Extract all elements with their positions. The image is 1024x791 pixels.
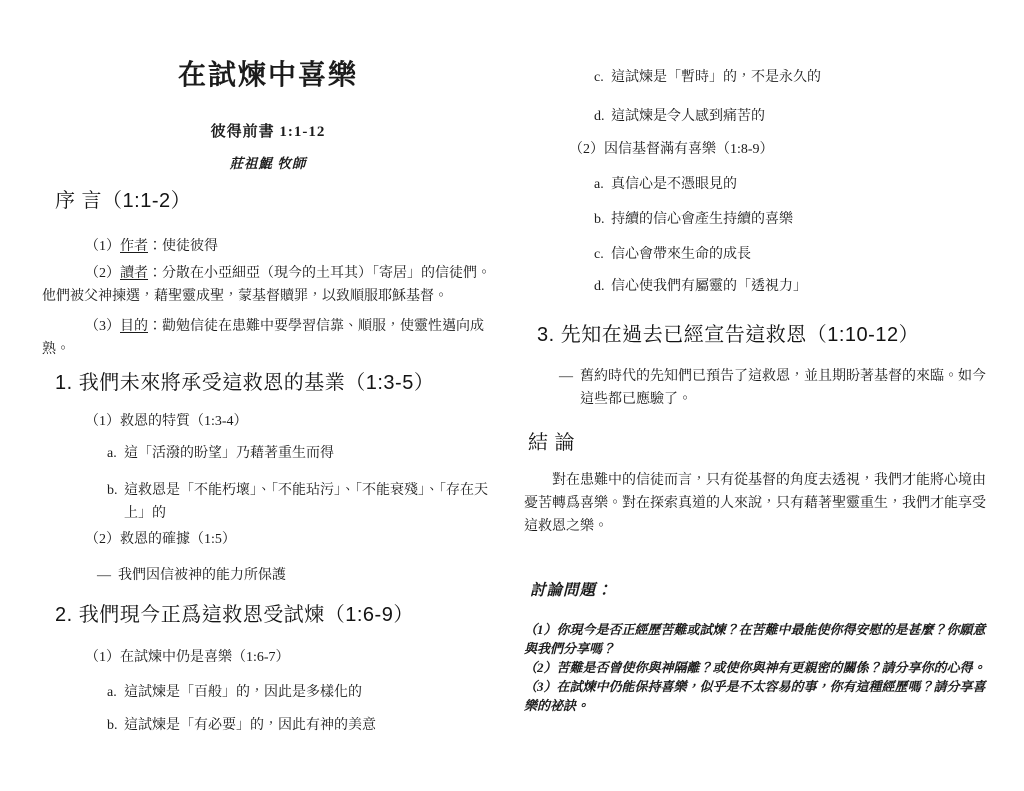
- item-marker: d.: [594, 275, 611, 298]
- outline-item: d. 這試煉是令人感到痛苦的: [594, 105, 988, 128]
- item-marker: c.: [594, 243, 611, 266]
- item-text: 信心使我們有屬靈的「透視力」: [611, 275, 807, 298]
- note-text: 舊約時代的先知們已預告了這救恩，並且期盼著基督的來臨。如今這些都已應驗了。: [580, 365, 988, 411]
- conclusion-body: 對在患難中的信徒而言，只有從基督的角度去透視，我們才能將心境由憂苦轉爲喜樂。對在…: [524, 469, 988, 538]
- dash-note: — 舊約時代的先知們已預告了這救恩，並且期盼著基督的來臨。如今這些都已應驗了。: [559, 365, 988, 411]
- item-marker: a.: [594, 173, 611, 196]
- intro-heading: 序 言（1:1-2）: [42, 188, 494, 214]
- item-text: 真信心是不憑眼見的: [611, 173, 737, 196]
- item-marker: b.: [107, 479, 124, 525]
- sermon-outline-page: 在試煉中喜樂 彼得前書 1:1-12 莊祖鯤 牧師 序 言（1:1-2） （1）…: [0, 0, 1024, 791]
- item-marker: d.: [594, 105, 611, 128]
- note-text: 我們因信被神的能力所保護: [118, 564, 286, 587]
- item-text: 信心會帶來生命的成長: [611, 243, 751, 266]
- intro-item-purpose: （3）目的：勸勉信徒在患難中要學習信靠、順服，使靈性邁向成熟。: [42, 315, 494, 361]
- item-text: 這「活潑的盼望」乃藉著重生而得: [124, 442, 334, 465]
- conclusion-heading: 結 論: [524, 430, 988, 456]
- item-label-underlined: 讀者: [120, 266, 148, 281]
- intro-item-readers: （2）讀者：分散在小亞細亞（現今的土耳其）「寄居」的信徒們。他們被父神揀選，藉聖…: [42, 262, 494, 308]
- item-label-underlined: 目的: [120, 319, 148, 334]
- item-text: 這救恩是「不能朽壞」、「不能玷污」、「不能衰殘」、「存在天上」的: [124, 479, 494, 525]
- item-text: 持續的信心會產生持續的喜樂: [611, 208, 793, 231]
- item-text: 這試煉是「暫時」的，不是永久的: [611, 66, 821, 89]
- document-title: 在試煉中喜樂: [42, 58, 494, 94]
- dash-note: — 我們因信被神的能力所保護: [97, 564, 494, 587]
- item-marker: c.: [594, 66, 611, 89]
- item-text: 這試煉是「百般」的，因此是多樣化的: [124, 681, 362, 704]
- outline-item: c. 這試煉是「暫時」的，不是永久的: [594, 66, 988, 89]
- item-text: 這試煉是令人感到痛苦的: [611, 105, 765, 128]
- section1-sub2-heading: （2）救恩的確據（1:5）: [42, 528, 494, 551]
- section2-heading: 2. 我們現今正爲這救恩受試煉（1:6-9）: [42, 602, 494, 628]
- item-label-underlined: 作者: [120, 239, 148, 254]
- item-text: ：使徒彼得: [148, 239, 218, 254]
- item-number: （1）: [85, 239, 120, 254]
- section3-heading: 3. 先知在過去已經宣告這救恩（1:10-12）: [524, 322, 988, 348]
- discussion-question: （2）苦難是否曾使你與神隔離？或使你與神有更親密的關係？請分享你的心得。: [524, 658, 988, 677]
- dash-marker: —: [97, 564, 118, 587]
- discussion-question: （1）你現今是否正經歷苦難或試煉？在苦難中最能使你得安慰的是甚麼？你願意與我們分…: [524, 620, 988, 658]
- item-text: 這試煉是「有必要」的，因此有神的美意: [124, 714, 376, 737]
- item-marker: a.: [107, 442, 124, 465]
- item-marker: b.: [594, 208, 611, 231]
- outline-item: d. 信心使我們有屬靈的「透視力」: [594, 275, 988, 298]
- item-number: （3）: [85, 319, 120, 334]
- item-number: （2）: [85, 266, 120, 281]
- section1-sub1-heading: （1）救恩的特質（1:3-4）: [42, 410, 494, 433]
- author-name: 莊祖鯤 牧師: [42, 155, 494, 173]
- outline-item: c. 信心會帶來生命的成長: [594, 243, 988, 266]
- outline-item: b. 這救恩是「不能朽壞」、「不能玷污」、「不能衰殘」、「存在天上」的: [107, 479, 494, 525]
- right-column: c. 這試煉是「暫時」的，不是永久的 d. 這試煉是令人感到痛苦的 （2）因信基…: [524, 0, 988, 715]
- section2-sub2-heading: （2）因信基督滿有喜樂（1:8-9）: [524, 138, 988, 161]
- section1-heading: 1. 我們未來將承受這救恩的基業（1:3-5）: [42, 370, 494, 396]
- outline-item: a. 這試煉是「百般」的，因此是多樣化的: [107, 681, 494, 704]
- outline-item: a. 真信心是不憑眼見的: [594, 173, 988, 196]
- scripture-reference: 彼得前書 1:1-12: [42, 122, 494, 142]
- outline-item: b. 這試煉是「有必要」的，因此有神的美意: [107, 714, 494, 737]
- dash-marker: —: [559, 365, 580, 411]
- outline-item: b. 持續的信心會產生持續的喜樂: [594, 208, 988, 231]
- outline-item: a. 這「活潑的盼望」乃藉著重生而得: [107, 442, 494, 465]
- section2-sub1-heading: （1）在試煉中仍是喜樂（1:6-7）: [42, 646, 494, 669]
- intro-item-author: （1）作者：使徒彼得: [42, 235, 494, 258]
- discussion-question: （3）在試煉中仍能保持喜樂，似乎是不太容易的事，你有這種經歷嗎？請分享喜樂的祕訣…: [524, 677, 988, 715]
- discussion-heading: 討論問題：: [524, 580, 988, 602]
- item-marker: a.: [107, 681, 124, 704]
- left-column: 在試煉中喜樂 彼得前書 1:1-12 莊祖鯤 牧師 序 言（1:1-2） （1）…: [42, 0, 494, 737]
- item-marker: b.: [107, 714, 124, 737]
